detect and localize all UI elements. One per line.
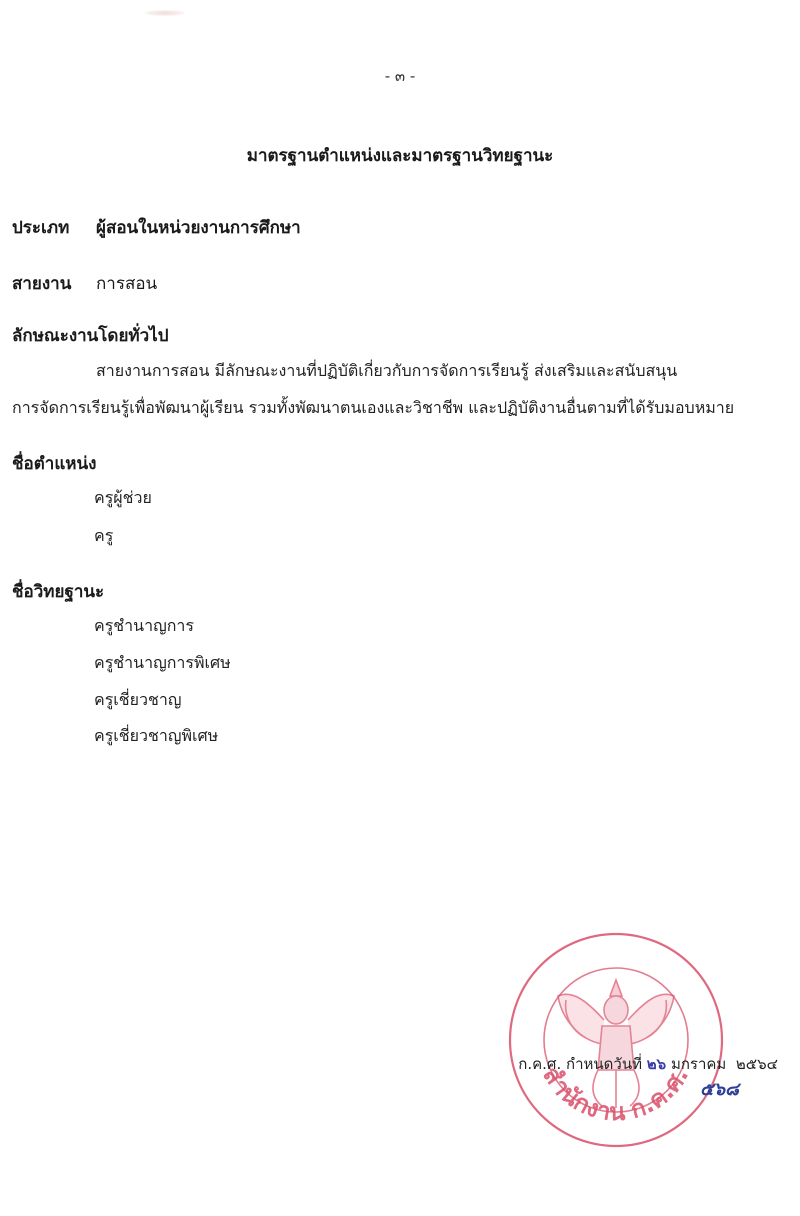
garuda-seal-icon: สำนักงาน ก.ค.ศ. <box>506 930 726 1150</box>
position-name-item: ครูผู้ช่วย <box>94 486 152 511</box>
general-description-line-1: สายงานการสอน มีลักษณะงานที่ปฏิบัติเกี่ยว… <box>96 359 677 384</box>
line-value: การสอน <box>96 270 157 297</box>
academic-standing-item: ครูเชี่ยวชาญพิเศษ <box>94 724 218 749</box>
academic-standing-heading: ชื่อวิทยฐานะ <box>12 578 104 605</box>
date-year: ๒๕๖๔ <box>736 1055 778 1073</box>
issue-date-line: ก.ค.ศ. กำหนดวันที่ ๒๖ มกราคม ๒๕๖๔ <box>518 1052 778 1076</box>
date-prefix: กำหนดวันที่ <box>566 1055 642 1073</box>
page-number: - ๓ - <box>0 64 800 88</box>
general-description-line-2: การจัดการเรียนรู้เพื่อพัฒนาผู้เรียน รวมท… <box>12 396 734 421</box>
position-name-item: ครู <box>94 524 113 549</box>
line-label: สายงาน <box>12 270 71 297</box>
type-value: ผู้สอนในหน่วยงานการศึกษา <box>96 214 301 241</box>
position-names-heading: ชื่อตำแหน่ง <box>12 450 96 477</box>
general-description-heading: ลักษณะงานโดยทั่วไป <box>12 322 169 349</box>
handwritten-initials: ๕๖๘ <box>700 1074 739 1103</box>
academic-standing-item: ครูชำนาญการพิเศษ <box>94 651 231 676</box>
issuer: ก.ค.ศ. <box>518 1055 561 1073</box>
academic-standing-item: ครูเชี่ยวชาญ <box>94 688 181 713</box>
date-month: มกราคม <box>671 1055 726 1073</box>
document-page: - ๓ - มาตรฐานตำแหน่งและมาตรฐานวิทยฐานะ ป… <box>0 0 800 1216</box>
date-day: ๒๖ <box>647 1055 666 1073</box>
academic-standing-item: ครูชำนาญการ <box>94 614 194 639</box>
scan-smudge <box>145 10 185 16</box>
type-label: ประเภท <box>12 214 69 241</box>
document-title: มาตรฐานตำแหน่งและมาตรฐานวิทยฐานะ <box>0 142 800 169</box>
